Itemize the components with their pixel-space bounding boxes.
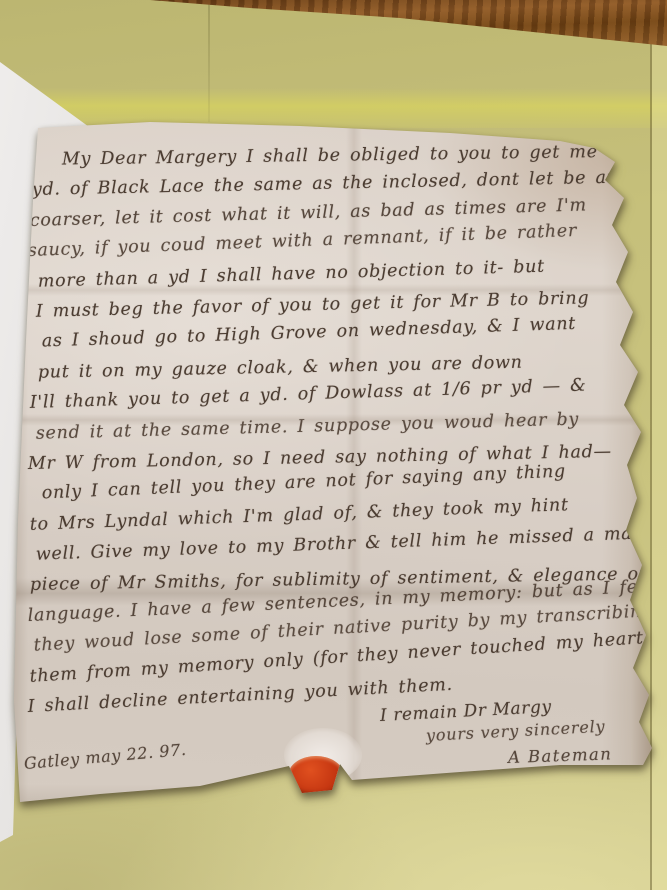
- letter-paper: My Dear Margery I shall be obliged to yo…: [8, 116, 660, 818]
- dateline: Gatley may 22. 97.: [23, 740, 187, 773]
- page-crease-line: [208, 0, 210, 122]
- wooden-table-edge: [0, 0, 667, 50]
- bottom-edge-shading: [8, 784, 660, 818]
- left-edge-shading: [8, 116, 28, 818]
- signature: A Bateman: [508, 744, 613, 767]
- letter-body-text: My Dear Margery I shall be obliged to yo…: [28, 150, 638, 727]
- letter-shadow-wrap: My Dear Margery I shall be obliged to yo…: [8, 116, 660, 818]
- wax-seal-halo: [284, 728, 362, 782]
- wax-seal: [288, 756, 344, 796]
- album-page-background: My Dear Margery I shall be obliged to yo…: [0, 0, 667, 890]
